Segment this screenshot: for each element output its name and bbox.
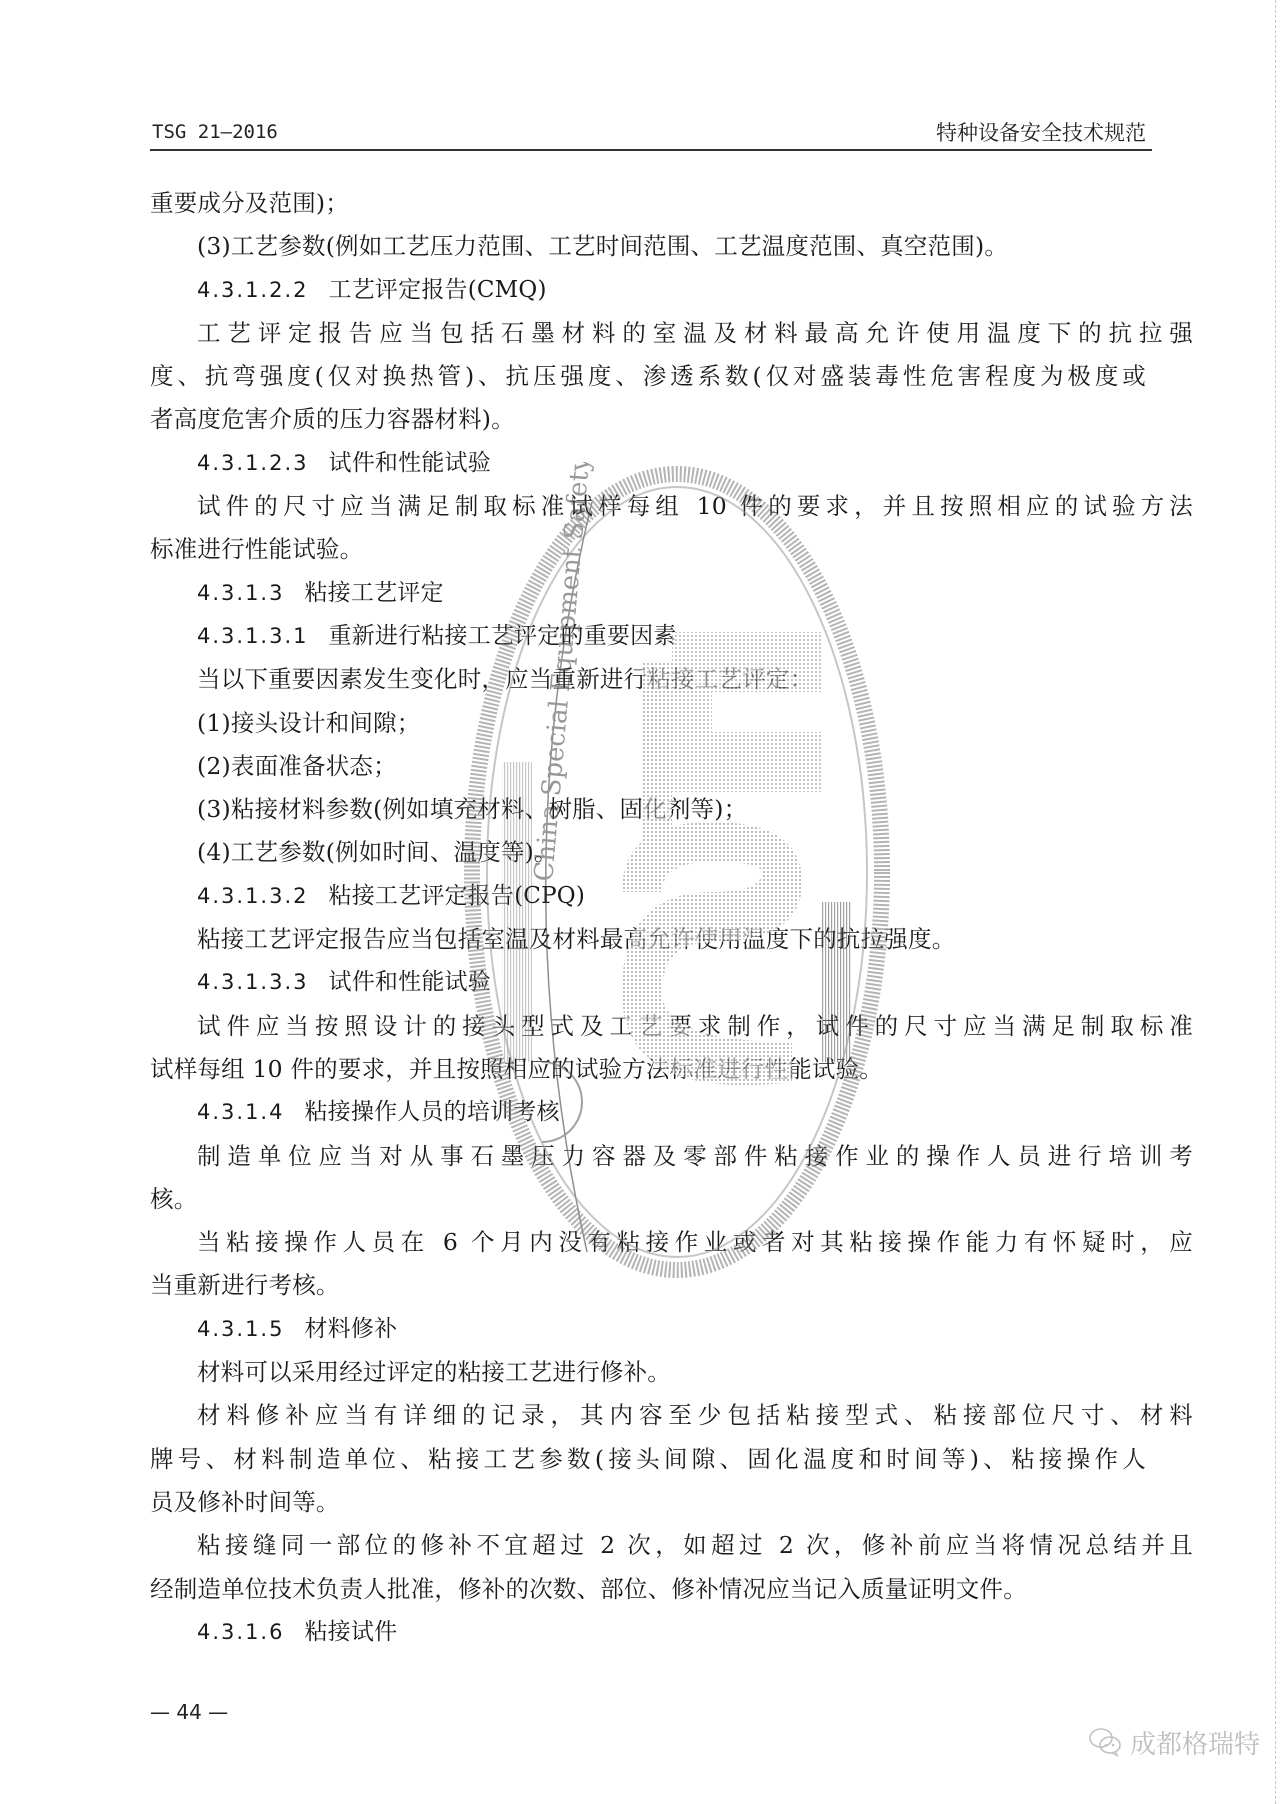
section-title: 粘接试件 <box>304 1619 397 1645</box>
paragraph-line: 制造单位应当对从事石墨压力容器及零部件粘接作业的操作人员进行培训考 <box>150 1135 1193 1178</box>
section-title: 粘接工艺评定报告(CPQ) <box>329 883 585 909</box>
section-number: 4.3.1.3.2 <box>197 875 309 918</box>
paragraph-line: 标准进行性能试验。 <box>150 528 1150 571</box>
paragraph-line: (3)粘接材料参数(例如填充材料、树脂、固化剂等)； <box>150 788 1150 831</box>
section-heading: 4.3.1.5材料修补 <box>150 1308 1150 1351</box>
paragraph-line: (4)工艺参数(例如时间、温度等)。 <box>150 831 1150 874</box>
section-number: 4.3.1.4 <box>197 1091 284 1134</box>
section-title: 试件和性能试验 <box>329 969 491 995</box>
paragraph-line: 核。 <box>150 1178 1150 1221</box>
section-number: 4.3.1.5 <box>197 1308 284 1351</box>
section-heading: 4.3.1.2.3试件和性能试验 <box>150 442 1150 485</box>
section-number: 4.3.1.6 <box>197 1611 284 1654</box>
section-title: 粘接工艺评定 <box>304 580 443 606</box>
section-title: 粘接操作人员的培训考核 <box>304 1099 559 1125</box>
header-divider <box>150 149 1152 151</box>
paragraph-line: 当以下重要因素发生变化时，应当重新进行粘接工艺评定： <box>150 658 1150 701</box>
paragraph-line: 粘接缝同一部位的修补不宜超过 2 次，如超过 2 次，修补前应当将情况总结并且 <box>150 1524 1193 1567</box>
brand-watermark: 成都格瑞特 <box>1088 1722 1260 1762</box>
scan-edge <box>1274 0 1276 1804</box>
section-number: 4.3.1.2.3 <box>197 442 309 485</box>
paragraph-line: 重要成分及范围)； <box>150 182 1150 225</box>
section-number: 4.3.1.3.3 <box>197 961 309 1004</box>
paragraph-line: 粘接工艺评定报告应当包括室温及材料最高允许使用温度下的抗拉强度。 <box>150 918 1150 961</box>
section-heading: 4.3.1.3粘接工艺评定 <box>150 572 1150 615</box>
paragraph-line: 材料可以采用经过评定的粘接工艺进行修补。 <box>150 1351 1150 1394</box>
section-number: 4.3.1.3 <box>197 572 284 615</box>
paragraph-line: 度、抗弯强度(仅对换热管)、抗压强度、渗透系数(仅对盛装毒性危害程度为极度或 <box>150 355 1146 398</box>
document-body: 重要成分及范围)；(3)工艺参数(例如工艺压力范围、工艺时间范围、工艺温度范围、… <box>150 182 1150 1654</box>
section-title: 重新进行粘接工艺评定的重要因素 <box>329 623 677 649</box>
paragraph-line: 试样每组 10 件的要求，并且按照相应的试验方法标准进行性能试验。 <box>150 1048 1150 1091</box>
section-heading: 4.3.1.6粘接试件 <box>150 1611 1150 1654</box>
paragraph-line: 当粘接操作人员在 6 个月内没有粘接作业或者对其粘接操作能力有怀疑时，应 <box>150 1221 1193 1264</box>
section-heading: 4.3.1.3.1重新进行粘接工艺评定的重要因素 <box>150 615 1150 658</box>
paragraph-line: (3)工艺参数(例如工艺压力范围、工艺时间范围、工艺温度范围、真空范围)。 <box>150 225 1150 268</box>
section-heading: 4.3.1.4粘接操作人员的培训考核 <box>150 1091 1150 1134</box>
paragraph-line: 经制造单位技术负责人批准，修补的次数、部位、修补情况应当记入质量证明文件。 <box>150 1568 1150 1611</box>
section-title: 工艺评定报告(CMQ) <box>329 277 547 303</box>
brand-name: 成都格瑞特 <box>1130 1724 1260 1761</box>
page-header: TSG 21—2016 特种设备安全技术规范 <box>152 117 1146 147</box>
section-heading: 4.3.1.2.2工艺评定报告(CMQ) <box>150 269 1150 312</box>
paragraph-line: 试件应当按照设计的接头型式及工艺要求制作，试件的尺寸应当满足制取标准 <box>150 1005 1193 1048</box>
paragraph-line: 当重新进行考核。 <box>150 1264 1150 1307</box>
standard-code: TSG 21—2016 <box>152 121 278 143</box>
section-title: 试件和性能试验 <box>329 450 491 476</box>
paragraph-line: (1)接头设计和间隙； <box>150 702 1150 745</box>
paragraph-line: 牌号、材料制造单位、粘接工艺参数(接头间隙、固化温度和时间等)、粘接操作人 <box>150 1438 1146 1481</box>
page-number: — 44 — <box>150 1700 228 1724</box>
paragraph-line: 者高度危害介质的压力容器材料)。 <box>150 398 1150 441</box>
header-title: 特种设备安全技术规范 <box>936 117 1146 147</box>
paragraph-line: 员及修补时间等。 <box>150 1481 1150 1524</box>
wechat-icon <box>1088 1727 1122 1757</box>
section-heading: 4.3.1.3.3试件和性能试验 <box>150 961 1150 1004</box>
paragraph-line: 工艺评定报告应当包括石墨材料的室温及材料最高允许使用温度下的抗拉强 <box>150 312 1193 355</box>
section-number: 4.3.1.3.1 <box>197 615 309 658</box>
document-page: TSG 21—2016 特种设备安全技术规范 重要成分及范围)；(3)工艺参数(… <box>0 0 1280 1804</box>
section-title: 材料修补 <box>304 1316 397 1342</box>
section-number: 4.3.1.2.2 <box>197 269 309 312</box>
paragraph-line: 试件的尺寸应当满足制取标准试样每组 10 件的要求，并且按照相应的试验方法 <box>150 485 1193 528</box>
paragraph-line: 材料修补应当有详细的记录，其内容至少包括粘接型式、粘接部位尺寸、材料 <box>150 1394 1193 1437</box>
section-heading: 4.3.1.3.2粘接工艺评定报告(CPQ) <box>150 875 1150 918</box>
paragraph-line: (2)表面准备状态； <box>150 745 1150 788</box>
